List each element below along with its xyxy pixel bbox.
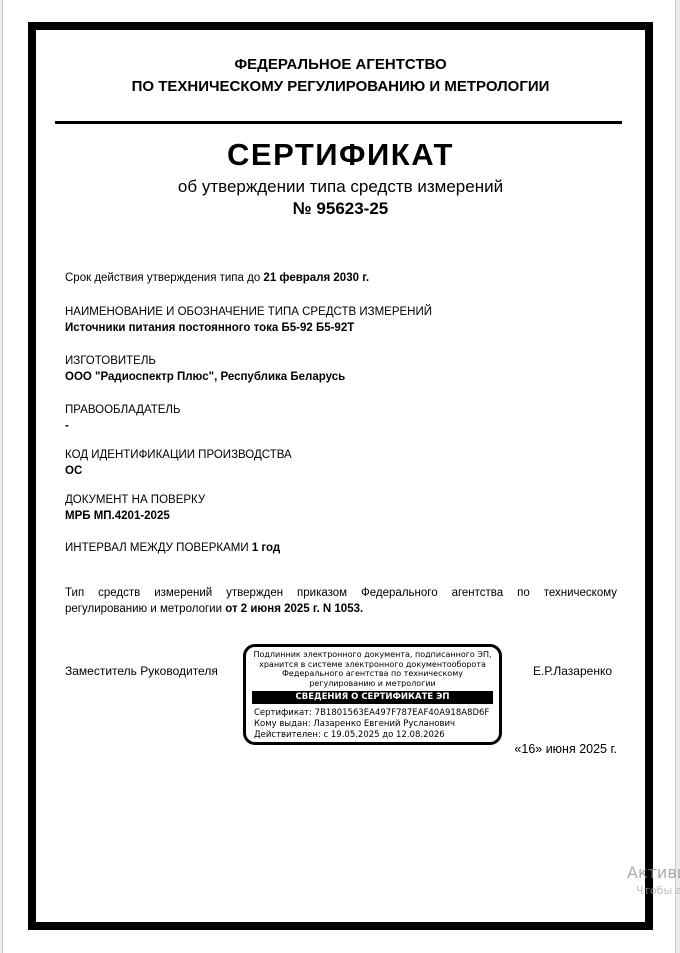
certificate-number: № 95623-25 xyxy=(28,199,653,219)
field-manufacturer: ИЗГОТОВИТЕЛЬ ООО "Радиоспектр Плюс", Рес… xyxy=(65,353,617,385)
field-interval: ИНТЕРВАЛ МЕЖДУ ПОВЕРКАМИ 1 год xyxy=(65,540,617,556)
rights-holder-label: ПРАВООБЛАДАТЕЛЬ xyxy=(65,402,617,418)
ep-stamp-issued-to: Кому выдан: Лазаренко Евгений Русланович xyxy=(254,719,499,730)
ep-stamp-header-line4: регулированию и метрологии xyxy=(246,679,499,689)
approval-paragraph: Тип средств измерений утвержден приказом… xyxy=(65,585,617,617)
ep-stamp-title-bar: СВЕДЕНИЯ О СЕРТИФИКАТЕ ЭП xyxy=(252,691,493,704)
field-verification-doc: ДОКУМЕНТ НА ПОВЕРКУ МРБ МП.4201-2025 xyxy=(65,492,617,524)
verification-doc-value: МРБ МП.4201-2025 xyxy=(65,508,617,524)
approval-line2-regular: регулированию и метрологии xyxy=(65,603,225,615)
field-production-code: КОД ИДЕНТИФИКАЦИИ ПРОИЗВОДСТВА ОС xyxy=(65,447,617,479)
ep-stamp-header-line2: хранится в системе электронного документ… xyxy=(246,660,499,670)
ep-stamp-validity: Действителен: с 19.05.2025 до 12.08.2026 xyxy=(254,730,499,741)
agency-header: ФЕДЕРАЛЬНОЕ АГЕНТСТВО ПО ТЕХНИЧЕСКОМУ РЕ… xyxy=(28,54,653,98)
field-type-name: НАИМЕНОВАНИЕ И ОБОЗНАЧЕНИЕ ТИПА СРЕДСТВ … xyxy=(65,304,617,336)
ep-stamp-certificate: Сертификат: 7B1801563EA497F787EAF40A918A… xyxy=(254,708,499,719)
ep-stamp-header-line3: Федерального агентства по техническому xyxy=(246,669,499,679)
ep-stamp-details: Сертификат: 7B1801563EA497F787EAF40A918A… xyxy=(246,708,499,741)
production-code-label: КОД ИДЕНТИФИКАЦИИ ПРОИЗВОДСТВА xyxy=(65,447,617,463)
rights-holder-value: - xyxy=(65,418,617,434)
interval-value: 1 год xyxy=(252,542,280,554)
field-validity: Срок действия утверждения типа до 21 фев… xyxy=(65,270,617,286)
ep-signature-stamp: Подлинник электронного документа, подпис… xyxy=(243,644,502,745)
type-name-value: Источники питания постоянного тока Б5-92… xyxy=(65,320,617,336)
header-rule xyxy=(55,121,622,124)
verification-doc-label: ДОКУМЕНТ НА ПОВЕРКУ xyxy=(65,492,617,508)
manufacturer-label: ИЗГОТОВИТЕЛЬ xyxy=(65,353,617,369)
approval-paragraph-line1: Тип средств измерений утвержден приказом… xyxy=(65,585,617,601)
manufacturer-value: ООО "Радиоспектр Плюс", Республика Белар… xyxy=(65,369,617,385)
ep-stamp-header: Подлинник электронного документа, подпис… xyxy=(246,647,499,688)
production-code-value: ОС xyxy=(65,463,617,479)
agency-header-line2: ПО ТЕХНИЧЕСКОМУ РЕГУЛИРОВАНИЮ И МЕТРОЛОГ… xyxy=(28,76,653,98)
windows-activation-watermark-line1: Активировать Windows xyxy=(627,863,680,882)
validity-label: Срок действия утверждения типа до xyxy=(65,272,263,284)
agency-header-line1: ФЕДЕРАЛЬНОЕ АГЕНТСТВО xyxy=(28,54,653,76)
type-name-label: НАИМЕНОВАНИЕ И ОБОЗНАЧЕНИЕ ТИПА СРЕДСТВ … xyxy=(65,304,617,320)
certificate-subtitle: об утверждении типа средств измерений xyxy=(28,177,653,197)
approval-line2-bold: от 2 июня 2025 г. N 1053. xyxy=(225,603,363,615)
interval-label: ИНТЕРВАЛ МЕЖДУ ПОВЕРКАМИ xyxy=(65,542,252,554)
field-rights-holder: ПРАВООБЛАДАТЕЛЬ - xyxy=(65,402,617,434)
certificate-title: СЕРТИФИКАТ xyxy=(28,139,653,171)
approval-paragraph-line2: регулированию и метрологии от 2 июня 202… xyxy=(65,601,617,617)
validity-value: 21 февраля 2030 г. xyxy=(263,272,369,284)
ep-stamp-header-line1: Подлинник электронного документа, подпис… xyxy=(246,650,499,660)
windows-activation-watermark-line2: Чтобы активировать Windows, перейдите в … xyxy=(636,884,680,897)
